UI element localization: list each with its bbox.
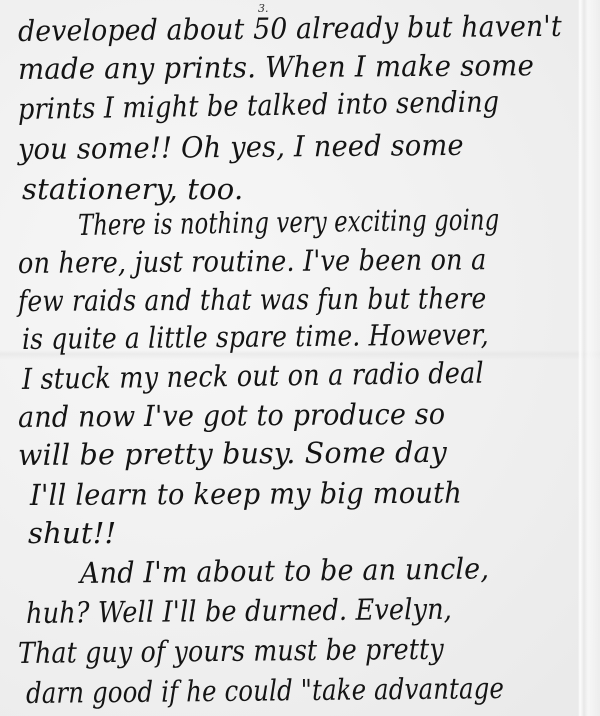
letter-line: prints I might be talked into sending (18, 84, 500, 126)
letter-line: I stuck my neck out on a radio deal (22, 356, 484, 396)
letter-line: made any prints. When I make some (18, 48, 534, 86)
letter-line: There is nothing very exciting going (78, 202, 500, 242)
letter-line: will be pretty busy. Some day (18, 435, 447, 472)
letter-line: shut!! (28, 516, 116, 550)
letter-line: you some!! Oh yes, I need some (18, 128, 464, 166)
letter-line: is quite a little spare time. However, (22, 317, 489, 356)
letter-page: 3. developed about 50 already but haven'… (0, 0, 600, 716)
letter-line: and now I've got to produce so (18, 397, 445, 434)
letter-line: I'll learn to keep my big mouth (30, 476, 462, 512)
letter-line: huh? Well I'll be durned. Evelyn, (26, 592, 452, 630)
letter-body: developed about 50 already but haven't m… (0, 0, 600, 716)
letter-line: And I'm about to be an uncle, (80, 551, 489, 590)
letter-line: on here, just routine. I've been on a (18, 242, 487, 280)
letter-line: stationery, too. (22, 172, 243, 206)
letter-line: developed about 50 already but haven't (18, 9, 562, 48)
letter-line: darn good if he could "take advantage (26, 671, 504, 710)
letter-line: That guy of yours must be pretty (18, 632, 444, 670)
letter-line: few raids and that was fun but there (18, 281, 487, 318)
